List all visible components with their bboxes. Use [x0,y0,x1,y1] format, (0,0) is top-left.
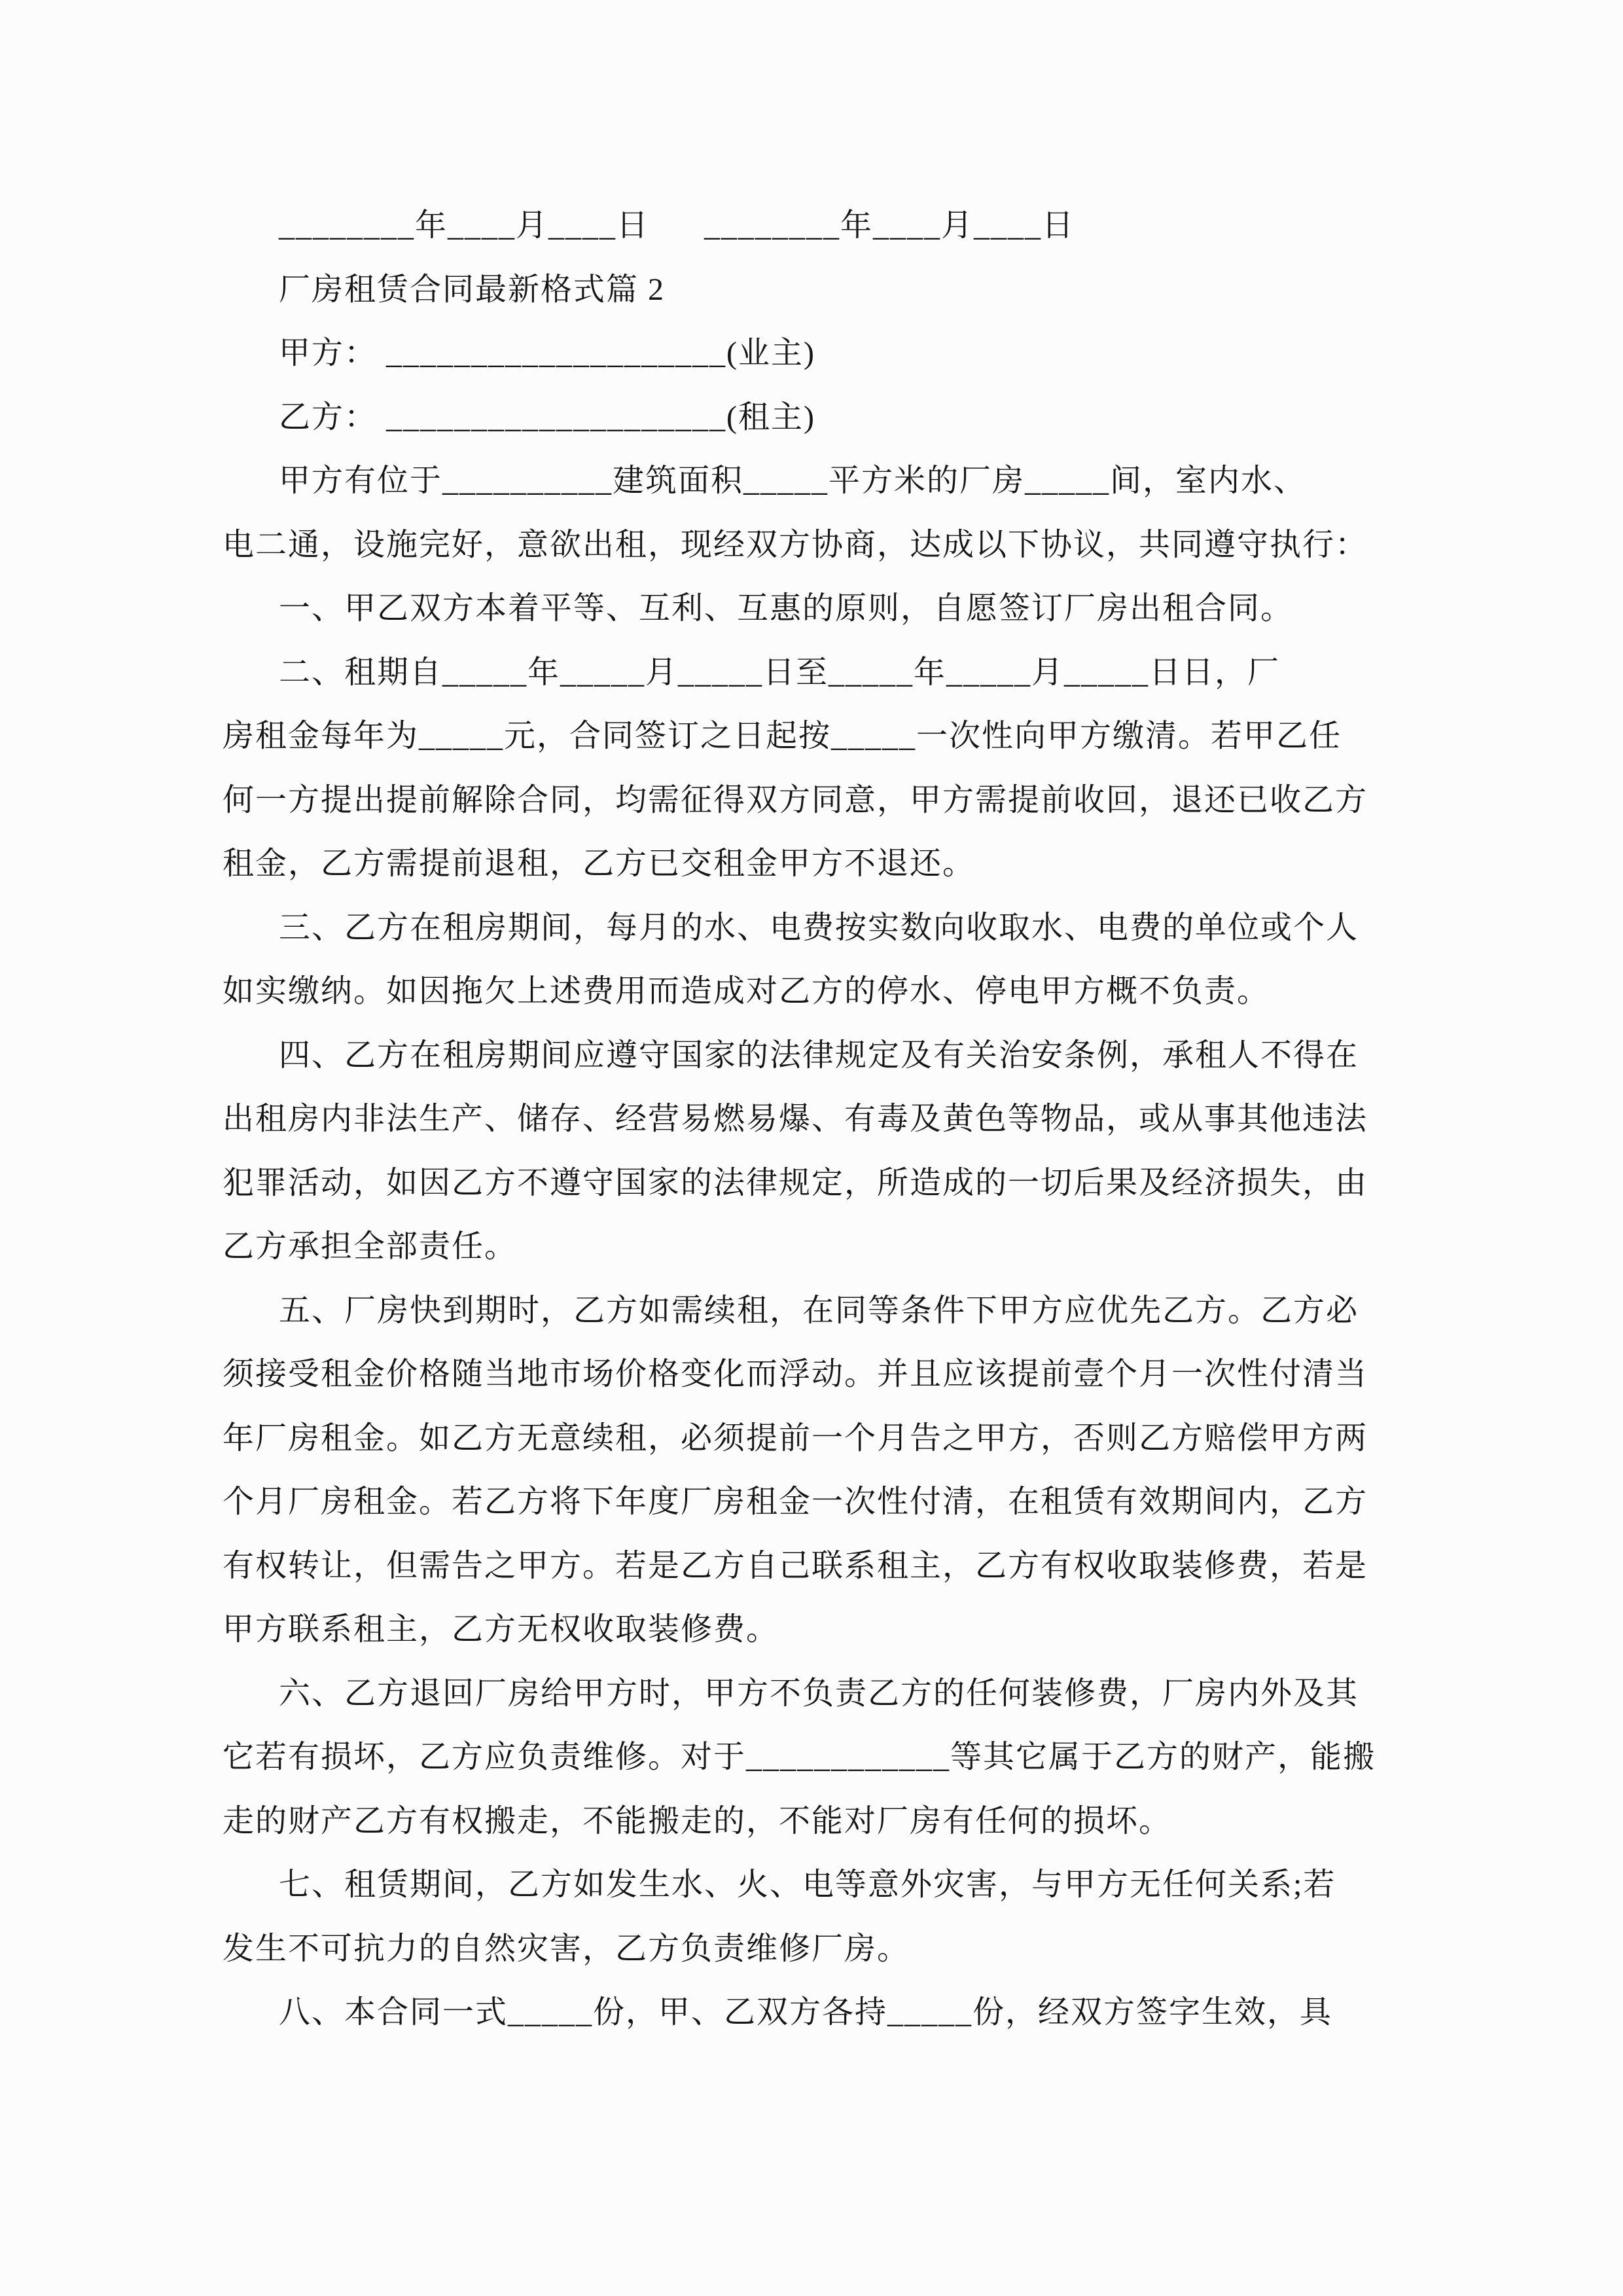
clause-6-line-2: 它若有损坏，乙方应负责维修。对于____________等其它属于乙方的财产，能… [223,1725,1427,1789]
clause-1-line: 一、甲乙双方本着平等、互利、互惠的原则，自愿签订厂房出租合同。 [223,577,1427,641]
intro-line-1: 甲方有位于__________建筑面积_____平方米的厂房_____间，室内水… [223,449,1427,513]
clause-7-line-1: 七、租赁期间，乙方如发生水、火、电等意外灾害，与甲方无任何关系;若 [223,1853,1427,1917]
clause-5-line-5: 有权转让，但需告之甲方。若是乙方自己联系租主，乙方有权收取装修费，若是 [223,1534,1427,1598]
clause-7-line-2: 发生不可抗力的自然灾害，乙方负责维修厂房。 [223,1917,1427,1981]
party-a-line: 甲方： ____________________(业主) [223,321,1427,386]
clause-5-line-2: 须接受租金价格随当地市场价格变化而浮动。并且应该提前壹个月一次性付清当 [223,1342,1427,1407]
clause-4-line-3: 犯罪活动，如因乙方不遵守国家的法律规定，所造成的一切后果及经济损失，由 [223,1151,1427,1215]
clause-4-line-2: 出租房内非法生产、储存、经营易燃易爆、有毒及黄色等物品，或从事其他违法 [223,1087,1427,1151]
date-blank-line: ________年____月____日 ________年____月____日 [223,194,1427,258]
clause-6-line-1: 六、乙方退回厂房给甲方时，甲方不负责乙方的任何装修费，厂房内外及其 [223,1662,1427,1726]
document-title: 厂房租赁合同最新格式篇 2 [223,258,1427,322]
clause-2-line-4: 租金，乙方需提前退租，乙方已交租金甲方不退还。 [223,832,1427,896]
intro-line-2: 电二通，设施完好，意欲出租，现经双方协商，达成以下协议，共同遵守执行： [223,513,1427,577]
clause-5-line-3: 年厂房租金。如乙方无意续租，必须提前一个月告之甲方，否则乙方赔偿甲方两 [223,1407,1427,1471]
clause-5-line-4: 个月厂房租金。若乙方将下年度厂房租金一次性付清，在租赁有效期间内，乙方 [223,1470,1427,1534]
clause-5-line-6: 甲方联系租主，乙方无权收取装修费。 [223,1598,1427,1662]
clause-6-line-3: 走的财产乙方有权搬走，不能搬走的，不能对厂房有任何的损坏。 [223,1789,1427,1854]
contract-text-block: ________年____月____日 ________年____月____日 … [223,194,1427,2045]
clause-3-line-2: 如实缴纳。如因拖欠上述费用而造成对乙方的停水、停电甲方概不负责。 [223,960,1427,1024]
clause-4-line-1: 四、乙方在租房期间应遵守国家的法律规定及有关治安条例，承租人不得在 [223,1024,1427,1088]
clause-2-line-3: 何一方提出提前解除合同，均需征得双方同意，甲方需提前收回，退还已收乙方 [223,768,1427,833]
clause-8-line: 八、本合同一式_____份，甲、乙双方各持_____份，经双方签字生效，具 [223,1981,1427,2045]
clause-3-line-1: 三、乙方在租房期间，每月的水、电费按实数向收取水、电费的单位或个人 [223,896,1427,960]
clause-2-line-2: 房租金每年为_____元，合同签订之日起按_____一次性向甲方缴清。若甲乙任 [223,704,1427,768]
clause-5-line-1: 五、厂房快到期时，乙方如需续租，在同等条件下甲方应优先乙方。乙方必 [223,1279,1427,1343]
party-b-line: 乙方： ____________________(租主) [223,386,1427,450]
clause-2-line-1: 二、租期自_____年_____月_____日至_____年_____月____… [223,641,1427,705]
contract-page: ________年____月____日 ________年____月____日 … [0,0,1623,2296]
clause-4-line-4: 乙方承担全部责任。 [223,1215,1427,1279]
